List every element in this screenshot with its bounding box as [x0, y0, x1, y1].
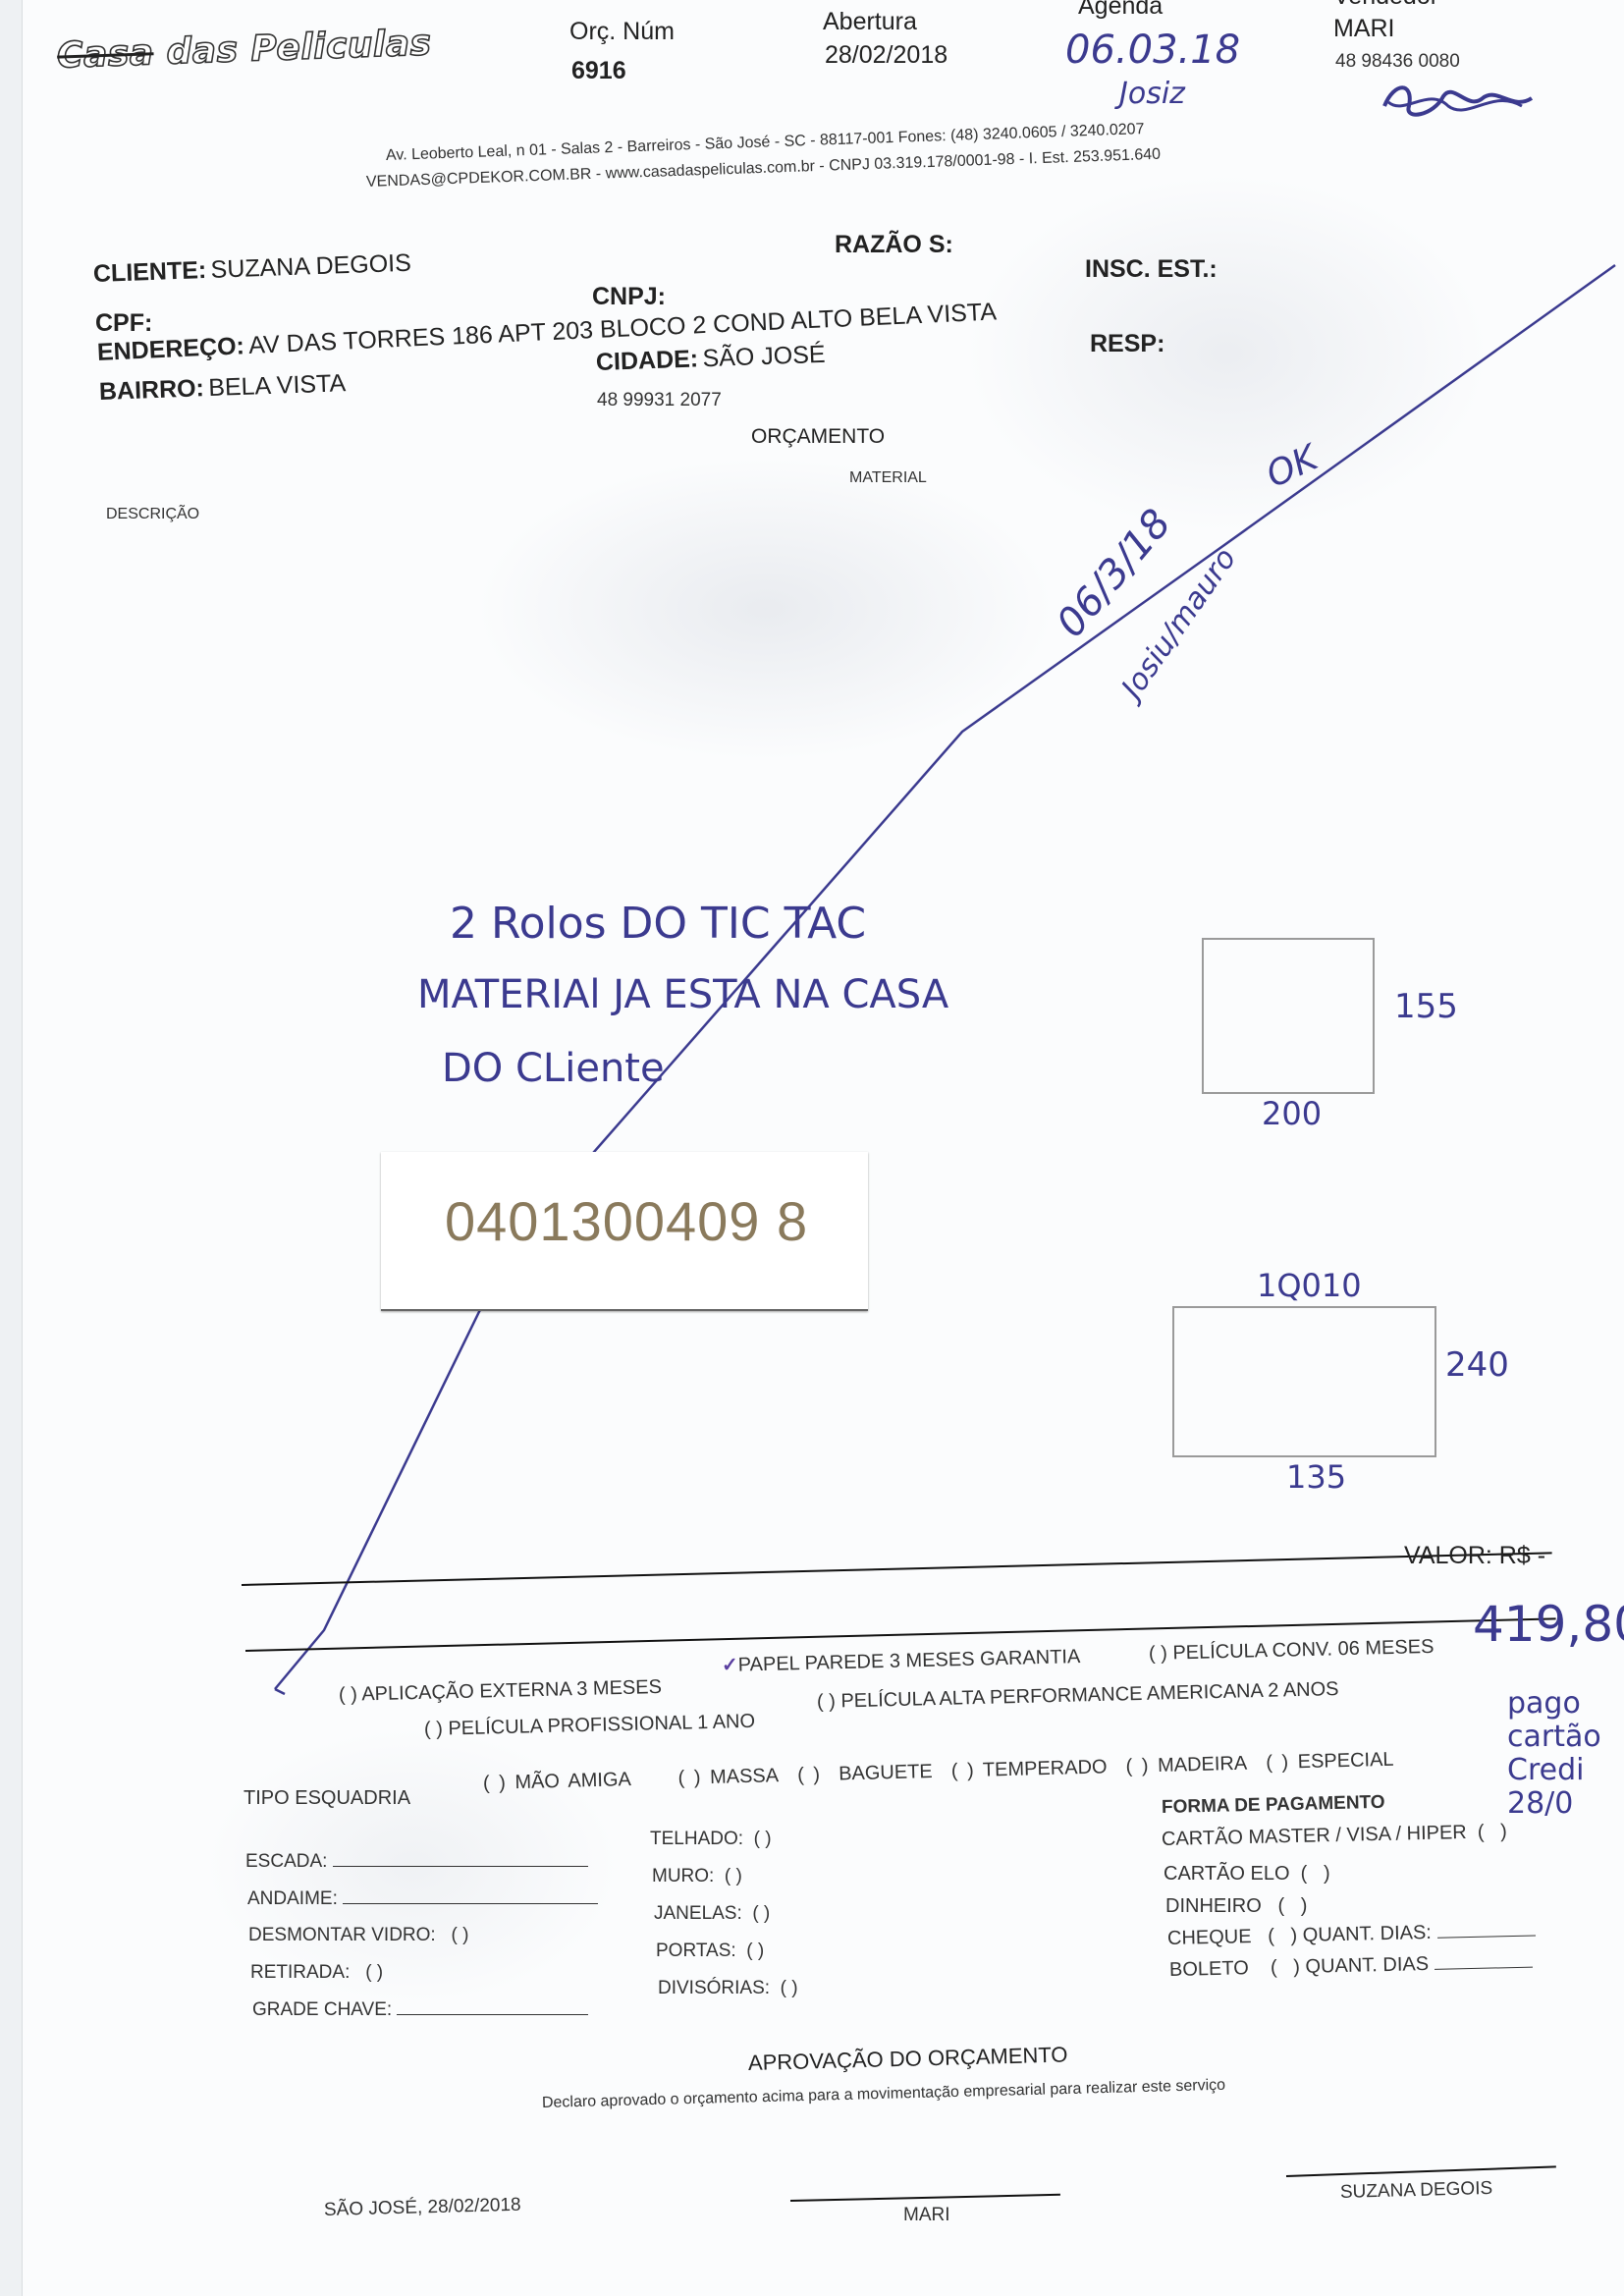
cheque-dias-field[interactable] [1437, 1936, 1536, 1939]
option-label: MÃO AMIGA [514, 1769, 631, 1793]
service-andaime[interactable]: ANDAIME: [247, 1888, 598, 1910]
service-label: JANELAS: [654, 1903, 742, 1924]
seller-signature-name: MARI [903, 2205, 950, 2226]
tipo-esquadria-label: TIPO ESQUADRIA [244, 1787, 410, 1810]
andaime-field[interactable] [343, 1903, 598, 1904]
esquadria-mao-amiga[interactable]: ( ) MÃO AMIGA [483, 1769, 631, 1794]
quant-dias-label: QUANT. DIAS [1305, 1953, 1429, 1978]
service-grade-chave[interactable]: GRADE CHAVE: [252, 1999, 588, 2021]
option-label: MADEIRA [1158, 1753, 1248, 1777]
service-telhado[interactable]: TELHADO: ( ) [650, 1829, 772, 1850]
esquadria-especial[interactable]: ( ) ESPECIAL [1266, 1749, 1394, 1774]
barcode-sticker: 0401300409 8 [381, 1152, 868, 1311]
service-label: DIVISÓRIAS: [658, 1978, 770, 1998]
payment-note-line: cartão [1507, 1721, 1601, 1754]
service-portas[interactable]: PORTAS: ( ) [656, 1941, 764, 1962]
service-divisorias[interactable]: DIVISÓRIAS: ( ) [658, 1978, 798, 1999]
service-janelas[interactable]: JANELAS: ( ) [654, 1903, 770, 1925]
valor-label: VALOR: R$ - [1404, 1542, 1545, 1570]
description-line-3: DO CLiente [442, 1046, 665, 1091]
boleto-dias-field[interactable] [1435, 1967, 1533, 1970]
description-line-2: MATERIAl JA ESTA NA CASA [417, 972, 948, 1017]
payment-label: DINHEIRO [1165, 1895, 1262, 1917]
service-desmontar-vidro[interactable]: DESMONTAR VIDRO: ( ) [248, 1925, 469, 1946]
checkmark-icon: ✓ [722, 1655, 738, 1676]
sketch2-top: 1Q010 [1257, 1267, 1362, 1304]
quant-dias-label: QUANT. DIAS: [1303, 1922, 1433, 1946]
esquadria-massa[interactable]: ( ) MASSA [677, 1765, 779, 1789]
sketch1-width: 200 [1262, 1095, 1322, 1132]
service-label: TELHADO: [650, 1829, 743, 1849]
esquadria-temperado[interactable]: ( ) TEMPERADO [951, 1756, 1108, 1781]
handwritten-valor: 419,80 [1473, 1596, 1624, 1653]
service-label: PORTAS: [656, 1941, 736, 1961]
diagonal-pen-stroke [0, 0, 1624, 2296]
service-label: GRADE CHAVE: [252, 1999, 392, 2020]
service-label: ESCADA: [245, 1851, 327, 1872]
payment-label: CHEQUE [1167, 1926, 1252, 1949]
option-label: MASSA [710, 1765, 780, 1788]
service-label: MURO: [652, 1866, 714, 1886]
payment-dinheiro[interactable]: DINHEIRO ( ) [1165, 1895, 1307, 1918]
service-retirada[interactable]: RETIRADA: ( ) [250, 1962, 383, 1984]
payment-label: CARTÃO ELO [1164, 1863, 1290, 1885]
window-sketch-1 [1202, 938, 1375, 1094]
option-label: ESPECIAL [1297, 1749, 1393, 1774]
budget-form-page: Casa das Peliculas Orç. Núm 6916 Abertur… [0, 0, 1624, 2296]
sketch1-height: 155 [1394, 987, 1458, 1026]
sketch2-height: 240 [1445, 1345, 1509, 1385]
payment-note-line: Credi [1507, 1754, 1601, 1787]
payment-note-line: pago [1507, 1687, 1601, 1721]
esquadria-madeira[interactable]: ( ) MADEIRA [1125, 1753, 1247, 1777]
service-label: RETIRADA: [250, 1962, 350, 1983]
payment-cartao-elo[interactable]: CARTÃO ELO ( ) [1164, 1863, 1330, 1886]
description-line-1: 2 Rolos DO TIC TAC [450, 899, 866, 949]
payment-label: BOLETO [1169, 1957, 1249, 1981]
grade-chave-field[interactable] [397, 2014, 588, 2015]
service-muro[interactable]: MURO: ( ) [652, 1866, 742, 1887]
window-sketch-2 [1172, 1306, 1436, 1457]
handwritten-payment-note: pago cartão Credi 28/0 [1507, 1687, 1601, 1821]
service-escada[interactable]: ESCADA: [245, 1851, 588, 1873]
esquadria-baguete[interactable]: ( ) BAGUETE [797, 1761, 933, 1786]
option-label: TEMPERADO [983, 1756, 1108, 1780]
barcode-number: 0401300409 8 [445, 1189, 808, 1253]
service-label: DESMONTAR VIDRO: [248, 1925, 436, 1945]
payment-note-line: 28/0 [1507, 1787, 1601, 1821]
service-label: ANDAIME: [247, 1888, 338, 1909]
client-signature-name: SUZANA DEGOIS [1340, 2178, 1493, 2204]
sketch2-width: 135 [1286, 1458, 1346, 1496]
escada-field[interactable] [333, 1866, 588, 1867]
option-label: BAGUETE [839, 1761, 933, 1784]
